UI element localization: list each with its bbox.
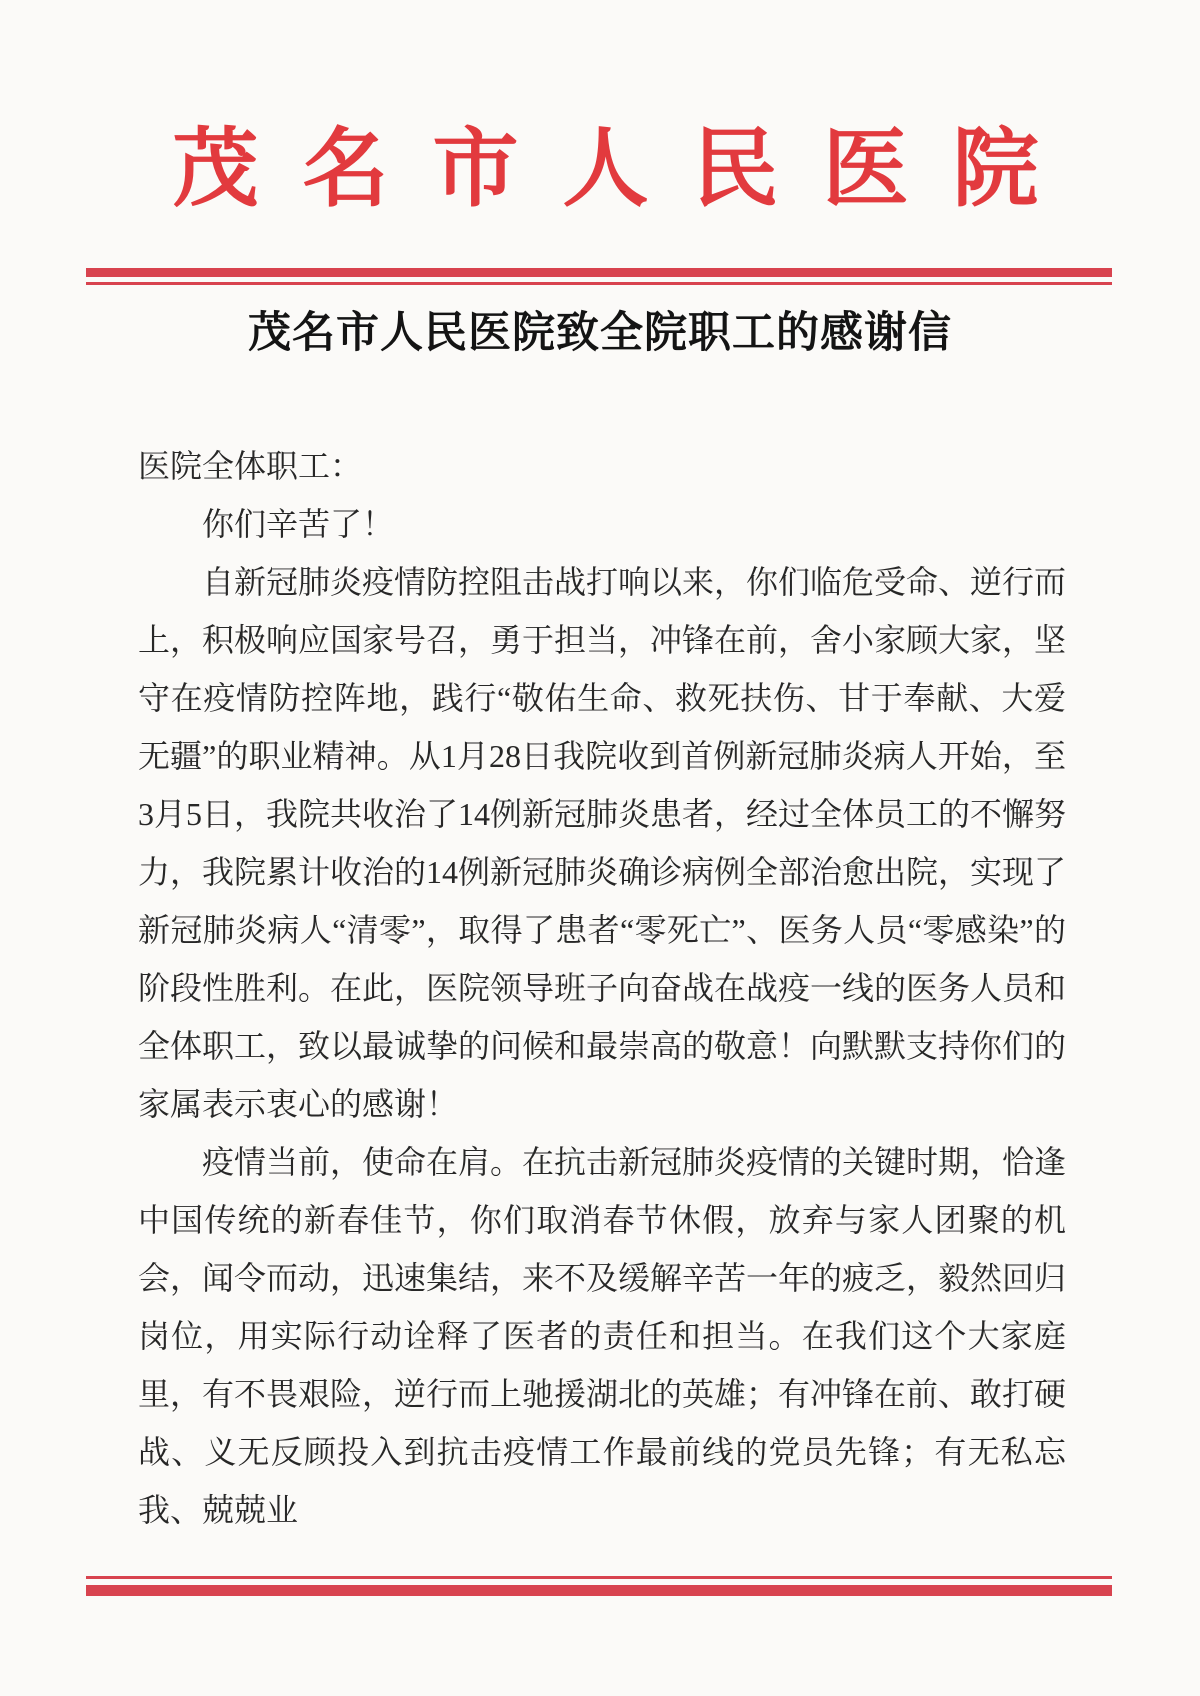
footer-rule-thin — [86, 1576, 1112, 1579]
letterhead-rule-thin — [86, 282, 1112, 285]
letterhead-hospital-name: 茂名市人民医院 — [0, 122, 1200, 217]
letter-title: 茂名市人民医院致全院职工的感谢信 — [0, 306, 1200, 362]
letter-page: 茂名市人民医院 茂名市人民医院致全院职工的感谢信 医院全体职工： 你们辛苦了！ … — [0, 0, 1200, 1696]
footer-rule-thick — [86, 1585, 1112, 1596]
paragraph-1: 自新冠肺炎疫情防控阻击战打响以来，你们临危受命、逆行而上，积极响应国家号召，勇于… — [138, 553, 1066, 1133]
paragraph-2: 疫情当前，使命在肩。在抗击新冠肺炎疫情的关键时期，恰逢中国传统的新春佳节，你们取… — [138, 1133, 1066, 1539]
salutation-line: 医院全体职工： — [138, 437, 1066, 495]
letter-body: 医院全体职工： 你们辛苦了！ 自新冠肺炎疫情防控阻击战打响以来，你们临危受命、逆… — [138, 437, 1066, 1539]
greeting-line: 你们辛苦了！ — [138, 495, 1066, 553]
letterhead-rule-thick — [86, 268, 1112, 277]
